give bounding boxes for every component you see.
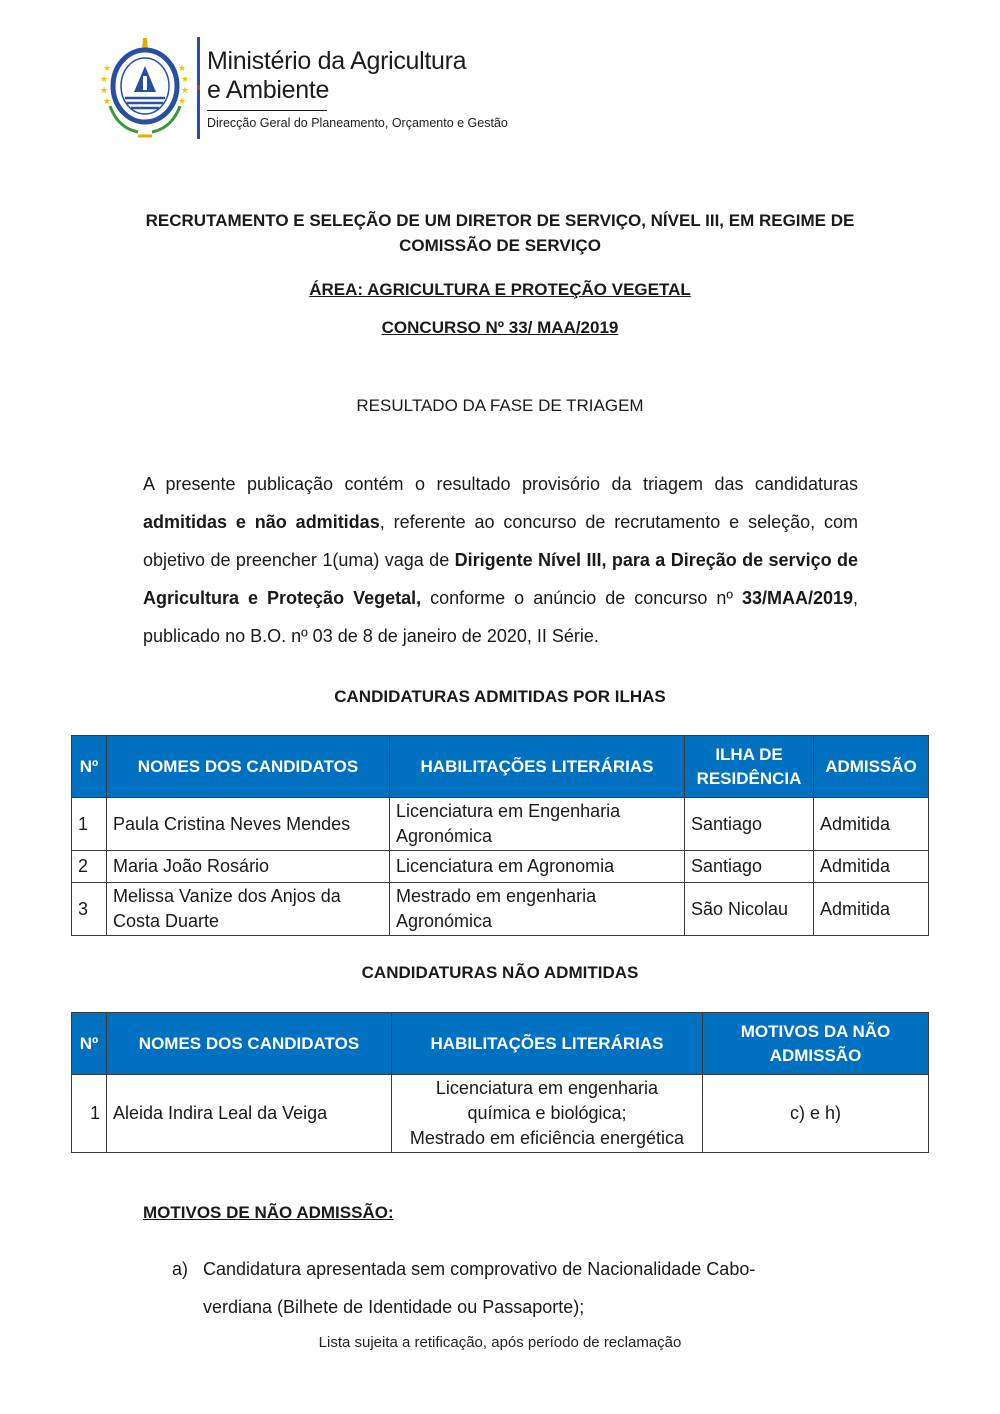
svg-text:★: ★ — [100, 74, 108, 84]
habilitacao-line: Licenciatura em engenharia — [398, 1076, 696, 1101]
motivos-heading: MOTIVOS DE NÃO ADMISSÃO: — [143, 1203, 394, 1223]
col-header-nomes: NOMES DOS CANDIDATOS — [107, 1013, 392, 1075]
coat-of-arms-icon: ★★★★ ★★★★ — [100, 36, 190, 144]
ministry-line-1: Ministério da Agricultura — [207, 47, 466, 76]
directorate-name: Direcção Geral do Planeamento, Orçamento… — [207, 116, 508, 130]
col-header-habilitacoes: HABILITAÇÕES LITERÁRIAS — [392, 1013, 703, 1075]
intro-bold-3: 33/MAA/2019 — [742, 588, 853, 608]
habilitacao-line: química e biológica; — [398, 1101, 696, 1126]
ministry-underline — [207, 110, 327, 111]
habilitacao-line: Mestrado em eficiência energética — [398, 1126, 696, 1151]
area-heading: ÁREA: AGRICULTURA E PROTEÇÃO VEGETAL — [140, 280, 860, 300]
col-header-admissao: ADMISSÃO — [814, 736, 929, 798]
cell-habilitacoes: Mestrado em engenharia Agronómica — [390, 883, 685, 936]
cell-nome: Melissa Vanize dos Anjos da Costa Duarte — [107, 883, 390, 936]
concurso-heading: CONCURSO Nº 33/ MAA/2019 — [140, 318, 860, 338]
svg-text:★: ★ — [178, 96, 186, 106]
admitidas-heading: CANDIDATURAS ADMITIDAS POR ILHAS — [140, 687, 860, 707]
resultado-heading: RESULTADO DA FASE DE TRIAGEM — [140, 396, 860, 416]
intro-bold-1: admitidas e não admitidas — [143, 512, 380, 532]
ministry-line-2: e Ambiente — [207, 76, 466, 105]
svg-text:★: ★ — [178, 63, 186, 73]
intro-paragraph: A presente publicação contém o resultado… — [143, 465, 858, 655]
logo-divider — [197, 37, 200, 139]
cell-nome: Paula Cristina Neves Mendes — [107, 798, 390, 851]
cell-numero: 1 — [72, 798, 107, 851]
cell-numero: 3 — [72, 883, 107, 936]
svg-text:★: ★ — [100, 85, 108, 95]
cell-habilitacoes: Licenciatura em Engenharia Agronómica — [390, 798, 685, 851]
coat-of-arms-logo: ★★★★ ★★★★ — [100, 36, 190, 144]
svg-text:★: ★ — [103, 96, 111, 106]
intro-text-1: A presente publicação contém o resultado… — [143, 474, 858, 494]
accent-dot — [197, 85, 200, 90]
col-header-numero: Nº — [72, 1013, 107, 1075]
cell-nome: Maria João Rosário — [107, 851, 390, 883]
table-row: 2 Maria João Rosário Licenciatura em Agr… — [72, 851, 929, 883]
cell-admissao: Admitida — [814, 883, 929, 936]
cell-motivos: c) e h) — [703, 1075, 929, 1153]
nao-admitidas-heading: CANDIDATURAS NÃO ADMITIDAS — [140, 963, 860, 983]
svg-text:★: ★ — [103, 63, 111, 73]
cell-habilitacoes: Licenciatura em Agronomia — [390, 851, 685, 883]
cell-ilha: Santiago — [685, 851, 814, 883]
cell-ilha: São Nicolau — [685, 883, 814, 936]
col-header-ilha: ILHA DE RESIDÊNCIA — [685, 736, 814, 798]
cell-numero: 2 — [72, 851, 107, 883]
motivo-text: Candidatura apresentada sem comprovativo… — [203, 1250, 802, 1326]
motivo-letter: a) — [172, 1250, 188, 1288]
ministry-name: Ministério da Agricultura e Ambiente — [207, 47, 466, 105]
cell-numero: 1 — [72, 1075, 107, 1153]
intro-text-3: conforme o anúncio de concurso nº — [421, 588, 742, 608]
table-row: 3 Melissa Vanize dos Anjos da Costa Duar… — [72, 883, 929, 936]
nao-admitidas-table: Nº NOMES DOS CANDIDATOS HABILITAÇÕES LIT… — [71, 1012, 929, 1153]
cell-ilha: Santiago — [685, 798, 814, 851]
svg-text:★: ★ — [181, 74, 189, 84]
motivo-item: a) Candidatura apresentada sem comprovat… — [172, 1250, 802, 1326]
table-row: 1 Aleida Indira Leal da Veiga Licenciatu… — [72, 1075, 929, 1153]
col-header-habilitacoes: HABILITAÇÕES LITERÁRIAS — [390, 736, 685, 798]
col-header-numero: Nº — [72, 736, 107, 798]
cell-admissao: Admitida — [814, 798, 929, 851]
table-row: 1 Paula Cristina Neves Mendes Licenciatu… — [72, 798, 929, 851]
footer-note: Lista sujeita a retificação, após períod… — [0, 1334, 1000, 1351]
cell-habilitacoes: Licenciatura em engenharia química e bio… — [392, 1075, 703, 1153]
cell-admissao: Admitida — [814, 851, 929, 883]
col-header-motivos: MOTIVOS DA NÃO ADMISSÃO — [703, 1013, 929, 1075]
document-title: RECRUTAMENTO E SELEÇÃO DE UM DIRETOR DE … — [140, 208, 860, 258]
col-header-nomes: NOMES DOS CANDIDATOS — [107, 736, 390, 798]
cell-nome: Aleida Indira Leal da Veiga — [107, 1075, 392, 1153]
svg-text:★: ★ — [181, 85, 189, 95]
admitidas-table: Nº NOMES DOS CANDIDATOS HABILITAÇÕES LIT… — [71, 735, 929, 936]
